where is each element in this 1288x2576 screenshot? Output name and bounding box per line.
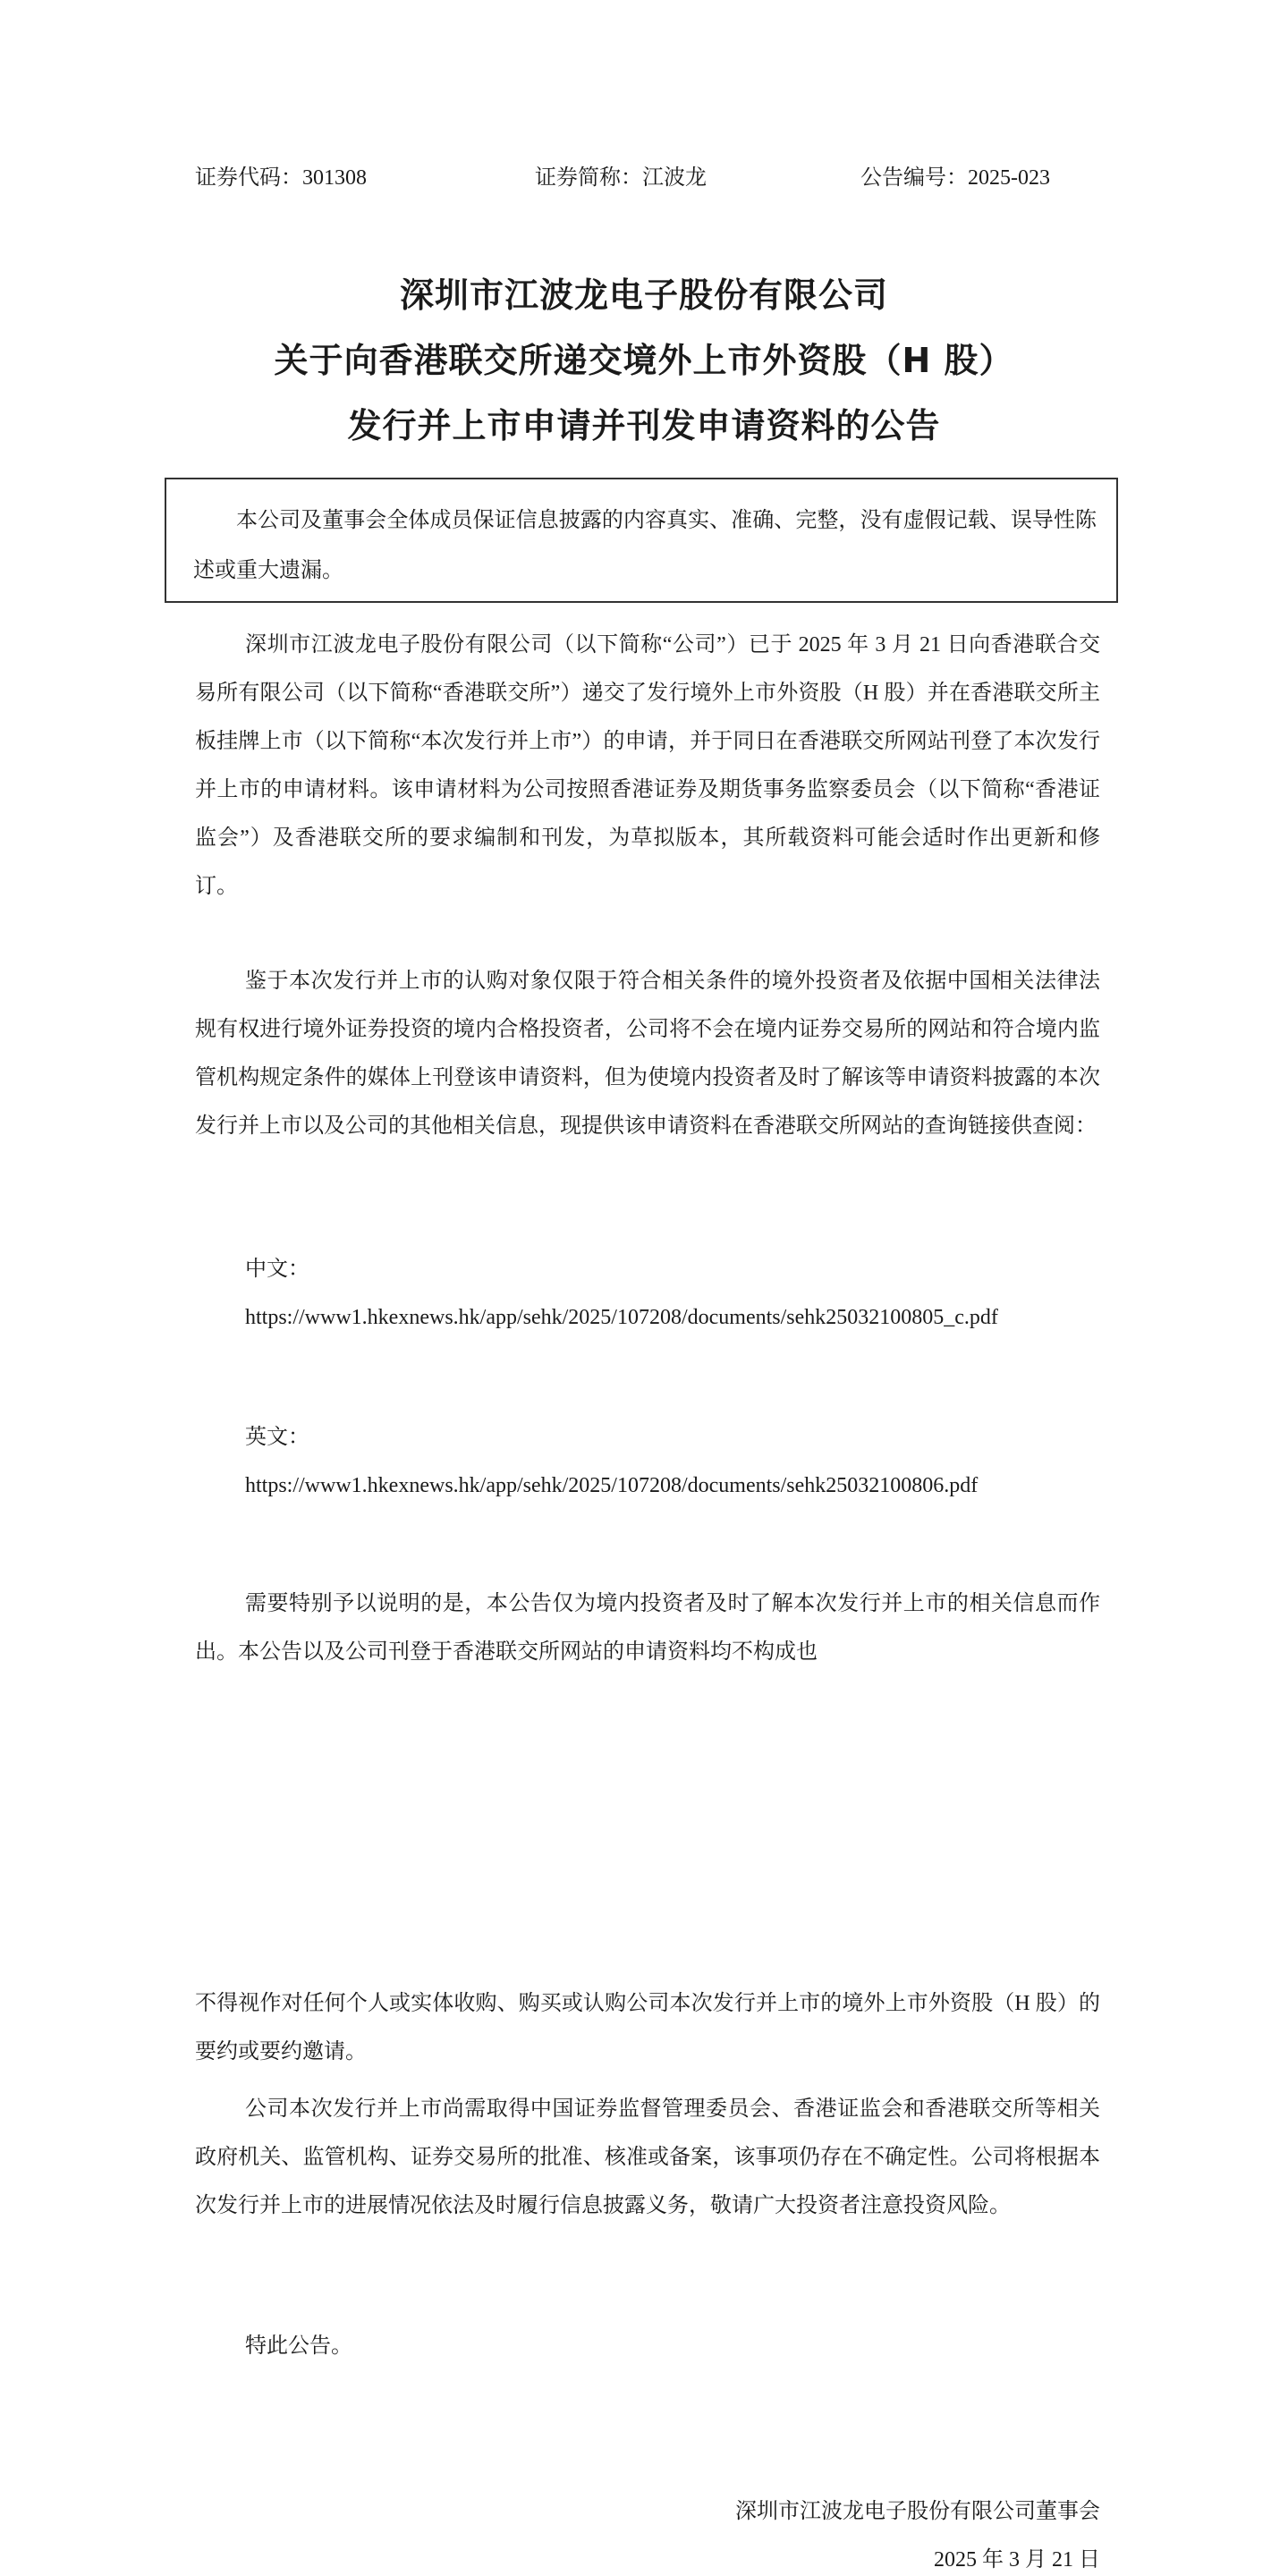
link-english-pdf[interactable]: https://www1.hkexnews.hk/app/sehk/2025/1… — [245, 1474, 978, 1497]
disclaimer-box: 本公司及董事会全体成员保证信息披露的内容真实、准确、完整，没有虚假记载、误导性陈… — [165, 478, 1118, 603]
document-header: 证券代码：301308 证券简称：江波龙 公告编号：2025-023 — [195, 164, 1100, 192]
link-chinese-pdf[interactable]: https://www1.hkexnews.hk/app/sehk/2025/1… — [245, 1306, 998, 1329]
paragraph-submission: 深圳市江波龙电子股份有限公司（以下简称“公司”）已于 2025 年 3 月 21… — [195, 621, 1100, 911]
paragraph-investors: 鉴于本次发行并上市的认购对象仅限于符合相关条件的境外投资者及依据中国相关法律法规… — [195, 957, 1100, 1150]
link-chinese-container: https://www1.hkexnews.hk/app/sehk/2025/1… — [195, 1293, 1100, 1342]
link-label-english: 英文： — [195, 1413, 1100, 1462]
title-subject-cont: 发行并上市申请并刊发申请资料的公告 — [0, 403, 1288, 448]
announcement-number: 公告编号：2025-023 — [860, 164, 1050, 192]
stock-code: 证券代码：301308 — [195, 164, 367, 192]
disclaimer-text: 本公司及董事会全体成员保证信息披露的内容真实、准确、完整，没有虚假记载、误导性陈… — [193, 496, 1097, 596]
paragraph-disclaimer-part2: 不得视作对任何个人或实体收购、购买或认购公司本次发行并上市的境外上市外资股（H … — [195, 1979, 1100, 2076]
closing-statement: 特此公告。 — [195, 2322, 1100, 2370]
signature-company: 深圳市江波龙电子股份有限公司董事会 — [735, 2497, 1100, 2526]
title-subject: 关于向香港联交所递交境外上市外资股（H 股） — [0, 338, 1288, 383]
link-label-chinese: 中文： — [195, 1245, 1100, 1293]
signature-date: 2025 年 3 月 21 日 — [934, 2546, 1100, 2574]
link-english-container: https://www1.hkexnews.hk/app/sehk/2025/1… — [195, 1462, 1100, 1510]
stock-short-name: 证券简称：江波龙 — [535, 164, 707, 192]
paragraph-risk: 公司本次发行并上市尚需取得中国证券监督管理委员会、香港证监会和香港联交所等相关政… — [195, 2085, 1100, 2230]
paragraph-disclaimer-part1: 需要特别予以说明的是，本公告仅为境内投资者及时了解本次发行并上市的相关信息而作出… — [195, 1580, 1100, 1676]
title-company: 深圳市江波龙电子股份有限公司 — [0, 273, 1288, 318]
